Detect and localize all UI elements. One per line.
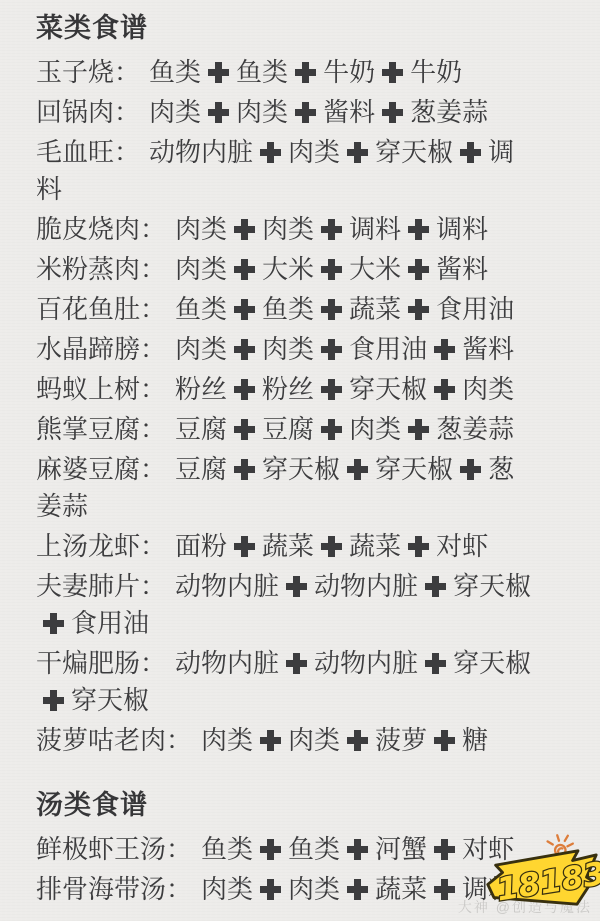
colon-separator: ：	[140, 334, 166, 364]
plus-icon	[347, 879, 368, 900]
plus-icon	[208, 102, 229, 123]
ingredient: 酱料	[436, 254, 488, 284]
recipe-name: 熊掌豆腐	[36, 414, 140, 444]
recipe-row: 脆皮烧肉：肉类肉类调料调料	[36, 211, 536, 248]
plus-icon	[321, 219, 342, 240]
ingredient: 大米	[262, 254, 314, 284]
ingredient: 河蟹	[375, 834, 427, 864]
colon-separator: ：	[140, 571, 166, 601]
ingredient: 肉类	[149, 97, 201, 127]
ingredient: 肉类	[175, 334, 227, 364]
ingredient: 面粉	[175, 531, 227, 561]
recipe-name: 回锅肉	[36, 97, 114, 127]
ingredient: 动物内脏	[175, 571, 279, 601]
plus-icon	[425, 653, 446, 674]
recipe-name: 毛血旺	[36, 137, 114, 167]
recipe-section: 菜类食谱 玉子烧：鱼类鱼类牛奶牛奶 回锅肉：肉类肉类酱料葱姜蒜 毛血旺：动物内脏…	[36, 8, 536, 759]
logo-18183-graphic: 18183	[482, 833, 600, 915]
ingredient: 对虾	[436, 531, 488, 561]
recipe-name: 夫妻肺片	[36, 571, 140, 601]
plus-icon	[234, 379, 255, 400]
ingredient: 食用油	[349, 334, 427, 364]
plus-icon	[382, 62, 403, 83]
recipe-name: 玉子烧	[36, 57, 114, 87]
plus-icon	[260, 730, 281, 751]
logo-badge: 18183	[487, 850, 600, 909]
recipe-list: 玉子烧：鱼类鱼类牛奶牛奶 回锅肉：肉类肉类酱料葱姜蒜 毛血旺：动物内脏肉类穿天椒…	[36, 54, 536, 759]
ingredient-list: 鱼类鱼类蔬菜食用油	[175, 294, 514, 324]
plus-icon	[408, 419, 429, 440]
plus-icon	[321, 339, 342, 360]
ingredient-list: 豆腐豆腐肉类葱姜蒜	[175, 414, 514, 444]
ingredient: 穿天椒	[349, 374, 427, 404]
plus-icon	[434, 339, 455, 360]
ingredient: 豆腐	[175, 414, 227, 444]
ingredient-list: 肉类肉类食用油酱料	[175, 334, 514, 364]
plus-icon	[234, 419, 255, 440]
plus-icon	[321, 536, 342, 557]
ingredient: 粉丝	[175, 374, 227, 404]
ingredient: 鱼类	[201, 834, 253, 864]
ingredient: 牛奶	[410, 57, 462, 87]
colon-separator: ：	[140, 414, 166, 444]
plus-icon	[260, 142, 281, 163]
colon-separator: ：	[114, 57, 140, 87]
ingredient: 穿天椒	[453, 571, 531, 601]
ingredient: 肉类	[236, 97, 288, 127]
plus-icon	[286, 576, 307, 597]
colon-separator: ：	[140, 254, 166, 284]
ingredient: 肉类	[288, 874, 340, 904]
plus-icon	[295, 62, 316, 83]
ingredient: 葱姜蒜	[410, 97, 488, 127]
ingredient: 穿天椒	[375, 454, 453, 484]
recipe-row: 蚂蚁上树：粉丝粉丝穿天椒肉类	[36, 371, 536, 408]
ingredient: 肉类	[201, 874, 253, 904]
ingredient: 肉类	[262, 334, 314, 364]
plus-icon	[321, 379, 342, 400]
ingredient: 酱料	[323, 97, 375, 127]
ingredient: 鱼类	[149, 57, 201, 87]
recipe-row: 菠萝咕老肉：肉类肉类菠萝糖	[36, 722, 536, 759]
plus-icon	[434, 730, 455, 751]
ingredient: 大米	[349, 254, 401, 284]
plus-icon	[347, 839, 368, 860]
plus-icon	[460, 142, 481, 163]
ingredient-list: 粉丝粉丝穿天椒肉类	[175, 374, 514, 404]
plus-icon	[347, 730, 368, 751]
plus-icon	[408, 536, 429, 557]
plus-icon	[347, 459, 368, 480]
plus-icon	[234, 299, 255, 320]
recipe-row: 米粉蒸肉：肉类大米大米酱料	[36, 251, 536, 288]
colon-separator: ：	[114, 97, 140, 127]
ingredient: 酱料	[462, 334, 514, 364]
recipe-name: 上汤龙虾	[36, 531, 140, 561]
ingredient: 豆腐	[175, 454, 227, 484]
recipe-name: 脆皮烧肉	[36, 214, 140, 244]
ingredient: 肉类	[349, 414, 401, 444]
ingredient: 鱼类	[236, 57, 288, 87]
ingredient-list: 肉类大米大米酱料	[175, 254, 488, 284]
recipe-name: 米粉蒸肉	[36, 254, 140, 284]
ingredient: 蔬菜	[375, 874, 427, 904]
ingredient: 动物内脏	[149, 137, 253, 167]
plus-icon	[434, 879, 455, 900]
ingredient: 肉类	[175, 214, 227, 244]
ingredient: 鱼类	[288, 834, 340, 864]
ingredient: 动物内脏	[314, 571, 418, 601]
plus-icon	[321, 299, 342, 320]
ingredient: 肉类	[288, 725, 340, 755]
plus-icon	[260, 839, 281, 860]
recipe-row: 玉子烧：鱼类鱼类牛奶牛奶	[36, 54, 536, 91]
ingredient: 食用油	[436, 294, 514, 324]
recipe-name: 鲜极虾王汤	[36, 834, 166, 864]
ingredient: 穿天椒	[262, 454, 340, 484]
ingredient: 穿天椒	[453, 648, 531, 678]
ingredient: 鱼类	[175, 294, 227, 324]
ingredient: 肉类	[175, 254, 227, 284]
colon-separator: ：	[140, 454, 166, 484]
ingredient: 穿天椒	[71, 685, 149, 715]
ingredient-list: 肉类肉类菠萝糖	[201, 725, 488, 755]
plus-icon	[425, 576, 446, 597]
ingredient: 葱姜蒜	[436, 414, 514, 444]
ingredient: 肉类	[462, 374, 514, 404]
plus-icon	[260, 879, 281, 900]
plus-icon	[434, 839, 455, 860]
colon-separator: ：	[140, 294, 166, 324]
ingredient: 调料	[436, 214, 488, 244]
ingredient-list: 鱼类鱼类牛奶牛奶	[149, 57, 462, 87]
recipe-row: 麻婆豆腐：豆腐穿天椒穿天椒葱姜蒜	[36, 451, 536, 525]
recipe-name: 水晶蹄膀	[36, 334, 140, 364]
recipe-name: 干煸肥肠	[36, 648, 140, 678]
recipe-row: 回锅肉：肉类肉类酱料葱姜蒜	[36, 94, 536, 131]
screenshot-root: 菜类食谱 玉子烧：鱼类鱼类牛奶牛奶 回锅肉：肉类肉类酱料葱姜蒜 毛血旺：动物内脏…	[0, 0, 600, 921]
plus-icon	[321, 259, 342, 280]
plus-icon	[408, 299, 429, 320]
ingredient-list: 肉类肉类调料调料	[175, 214, 488, 244]
recipe-name: 麻婆豆腐	[36, 454, 140, 484]
ingredient: 肉类	[201, 725, 253, 755]
recipe-name: 蚂蚁上树	[36, 374, 140, 404]
recipe-document: 菜类食谱 玉子烧：鱼类鱼类牛奶牛奶 回锅肉：肉类肉类酱料葱姜蒜 毛血旺：动物内脏…	[0, 0, 600, 908]
plus-icon	[408, 259, 429, 280]
ingredient: 动物内脏	[314, 648, 418, 678]
plus-icon	[43, 690, 64, 711]
plus-icon	[321, 419, 342, 440]
ingredient: 穿天椒	[375, 137, 453, 167]
recipe-row: 干煸肥肠：动物内脏动物内脏穿天椒穿天椒	[36, 645, 536, 719]
ingredient: 菠萝	[375, 725, 427, 755]
colon-separator: ：	[140, 531, 166, 561]
plus-icon	[234, 536, 255, 557]
ingredient-list: 鱼类鱼类河蟹对虾	[201, 834, 514, 864]
logo-18183: 18183	[482, 833, 600, 915]
plus-icon	[234, 459, 255, 480]
plus-icon	[43, 613, 64, 634]
ingredient: 豆腐	[262, 414, 314, 444]
colon-separator: ：	[166, 834, 192, 864]
recipe-name: 百花鱼肚	[36, 294, 140, 324]
plus-icon	[234, 259, 255, 280]
ingredient-list: 面粉蔬菜蔬菜对虾	[175, 531, 488, 561]
plus-icon	[460, 459, 481, 480]
plus-icon	[295, 102, 316, 123]
colon-separator: ：	[166, 874, 192, 904]
plus-icon	[234, 339, 255, 360]
recipe-row: 水晶蹄膀：肉类肉类食用油酱料	[36, 331, 536, 368]
recipe-name: 排骨海带汤	[36, 874, 166, 904]
plus-icon	[408, 219, 429, 240]
colon-separator: ：	[166, 725, 192, 755]
recipe-row: 夫妻肺片：动物内脏动物内脏穿天椒食用油	[36, 568, 536, 642]
ingredient: 调料	[349, 214, 401, 244]
colon-separator: ：	[140, 214, 166, 244]
recipe-section: 汤类食谱 鲜极虾王汤：鱼类鱼类河蟹对虾 排骨海带汤：肉类肉类蔬菜调料	[36, 785, 536, 908]
section-title: 菜类食谱	[36, 8, 536, 48]
plus-icon	[434, 379, 455, 400]
ingredient: 蔬菜	[349, 294, 401, 324]
ingredient: 动物内脏	[175, 648, 279, 678]
ingredient: 蔬菜	[349, 531, 401, 561]
ingredient-list: 肉类肉类酱料葱姜蒜	[149, 97, 488, 127]
colon-separator: ：	[140, 648, 166, 678]
ingredient: 食用油	[71, 608, 149, 638]
ingredient: 肉类	[288, 137, 340, 167]
recipe-row: 鲜极虾王汤：鱼类鱼类河蟹对虾	[36, 831, 536, 868]
ingredient: 牛奶	[323, 57, 375, 87]
recipe-row: 熊掌豆腐：豆腐豆腐肉类葱姜蒜	[36, 411, 536, 448]
recipe-row: 毛血旺：动物内脏肉类穿天椒调料	[36, 134, 536, 208]
recipe-row: 上汤龙虾：面粉蔬菜蔬菜对虾	[36, 528, 536, 565]
ingredient: 肉类	[262, 214, 314, 244]
plus-icon	[382, 102, 403, 123]
ingredient: 糖	[462, 725, 488, 755]
section-title: 汤类食谱	[36, 785, 536, 825]
recipe-row: 百花鱼肚：鱼类鱼类蔬菜食用油	[36, 291, 536, 328]
plus-icon	[234, 219, 255, 240]
plus-icon	[347, 142, 368, 163]
ingredient: 鱼类	[262, 294, 314, 324]
plus-icon	[208, 62, 229, 83]
ingredient: 蔬菜	[262, 531, 314, 561]
plus-icon	[286, 653, 307, 674]
recipe-name: 菠萝咕老肉	[36, 725, 166, 755]
colon-separator: ：	[114, 137, 140, 167]
colon-separator: ：	[140, 374, 166, 404]
ingredient: 粉丝	[262, 374, 314, 404]
